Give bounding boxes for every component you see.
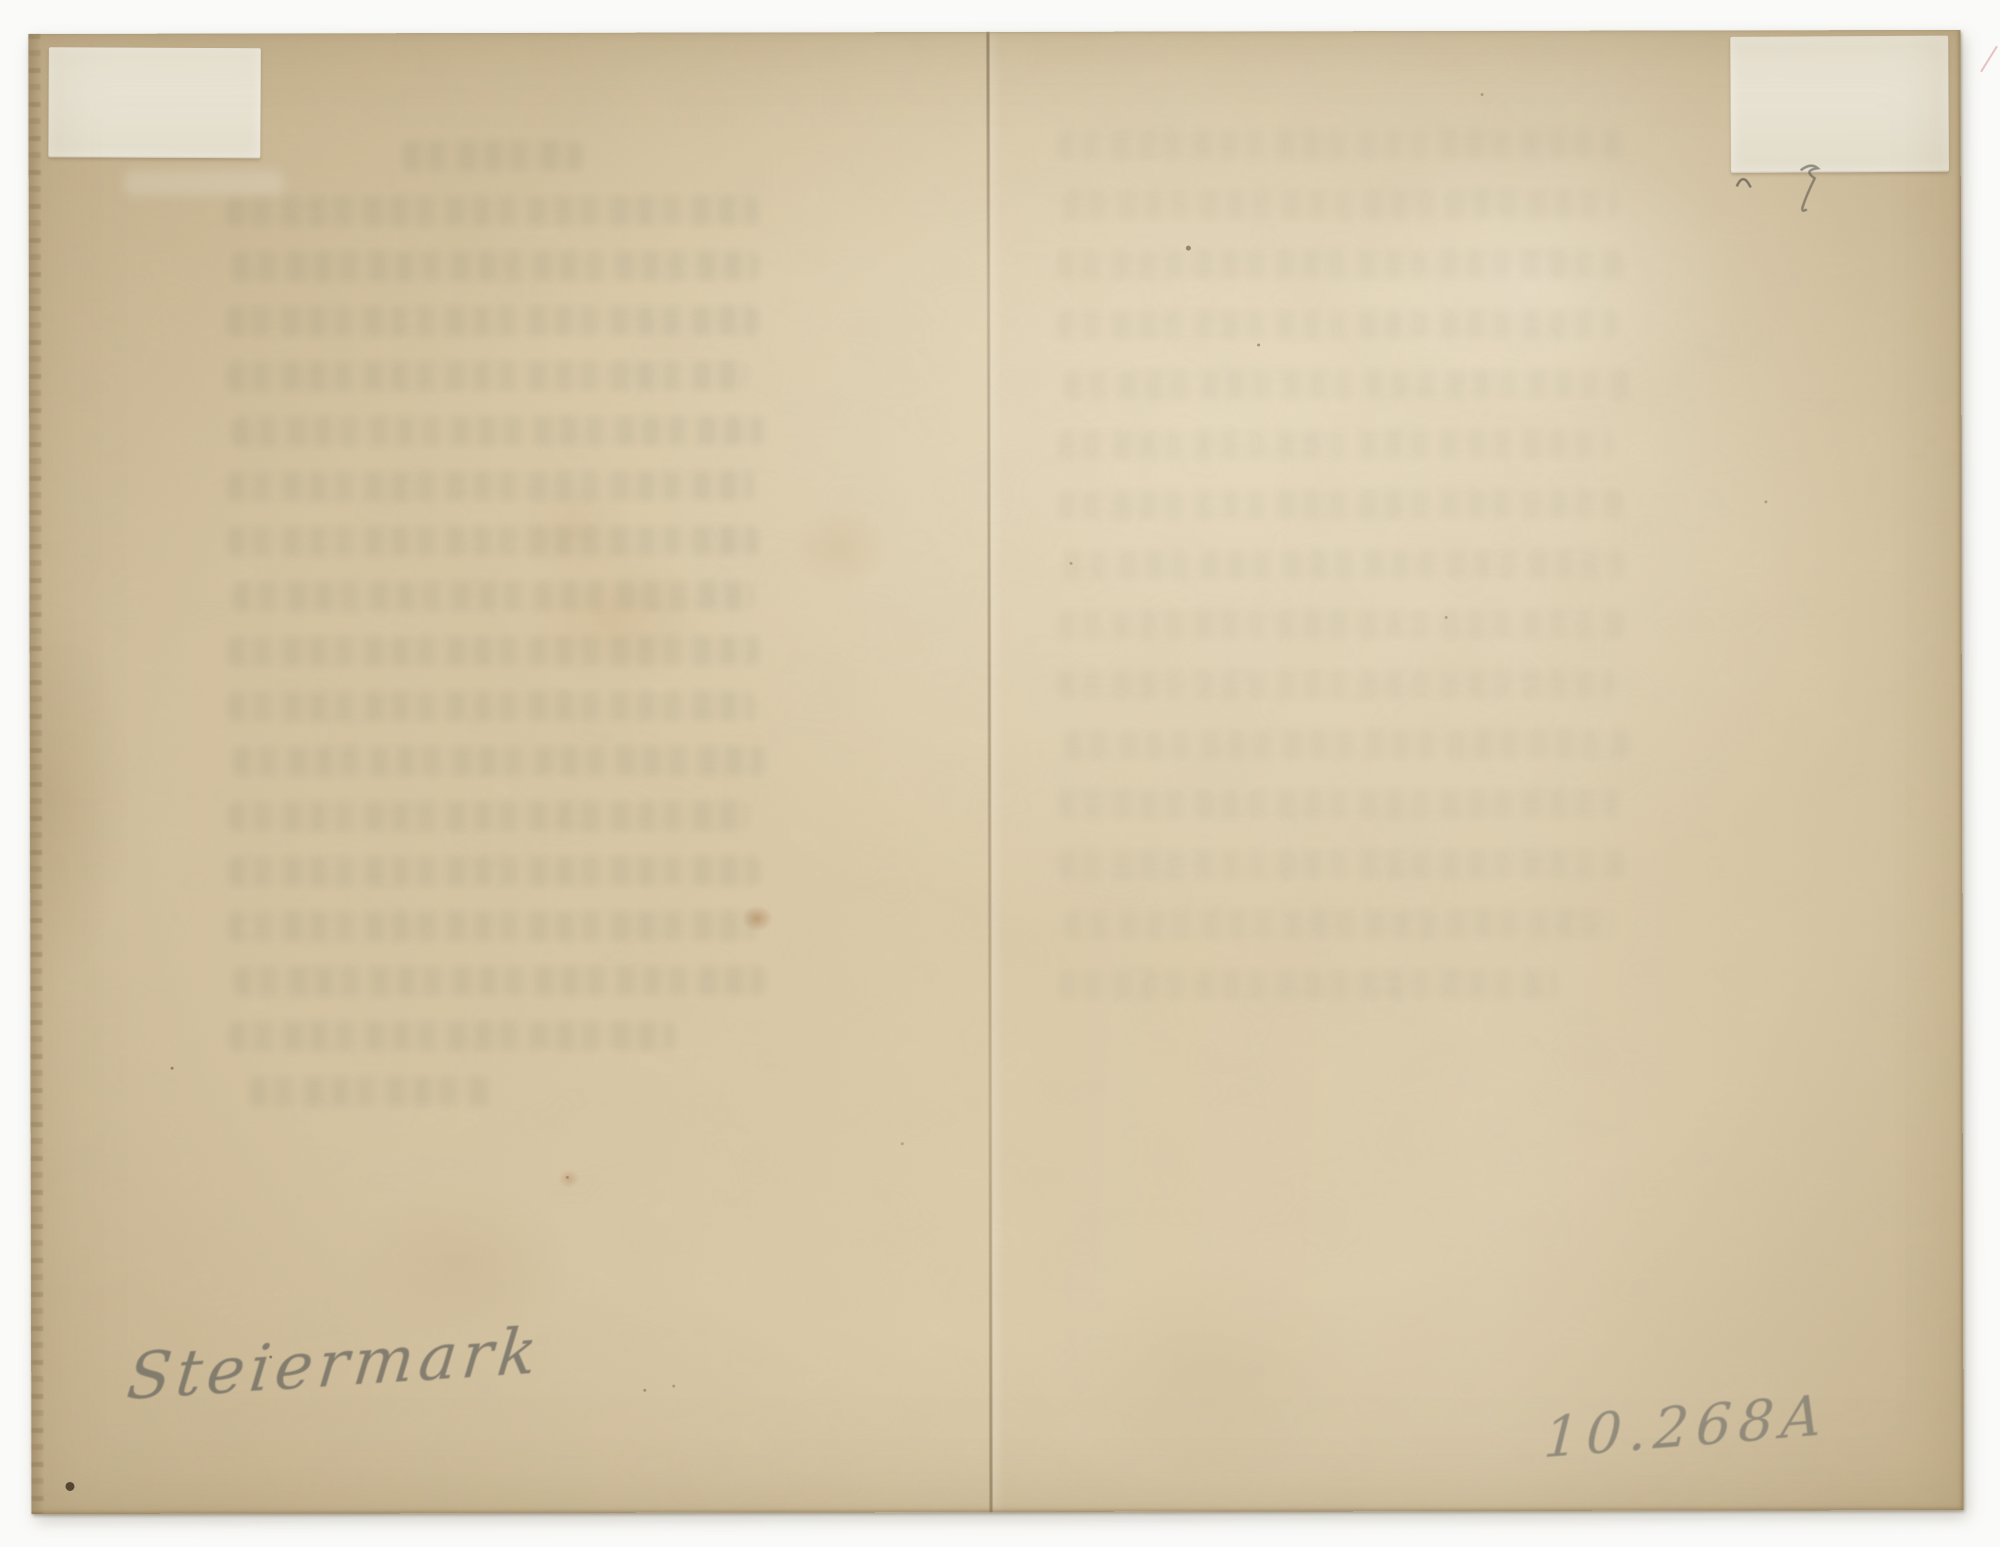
paper-sheet: Steiermark 10.268A (28, 30, 1963, 1514)
scanner-background: Steiermark 10.268A (0, 0, 2000, 1547)
ink-dot (65, 1482, 74, 1491)
pencil-squiggle-marks (1729, 148, 1849, 238)
bleedthrough-text-left-page (227, 140, 761, 1131)
bleedthrough-text-right-page (1057, 129, 1626, 1030)
paper-specks (28, 34, 31, 37)
scanner-bed-scratch (1980, 46, 1998, 73)
adhesive-residue (124, 169, 284, 195)
tape-top-left (48, 47, 261, 158)
